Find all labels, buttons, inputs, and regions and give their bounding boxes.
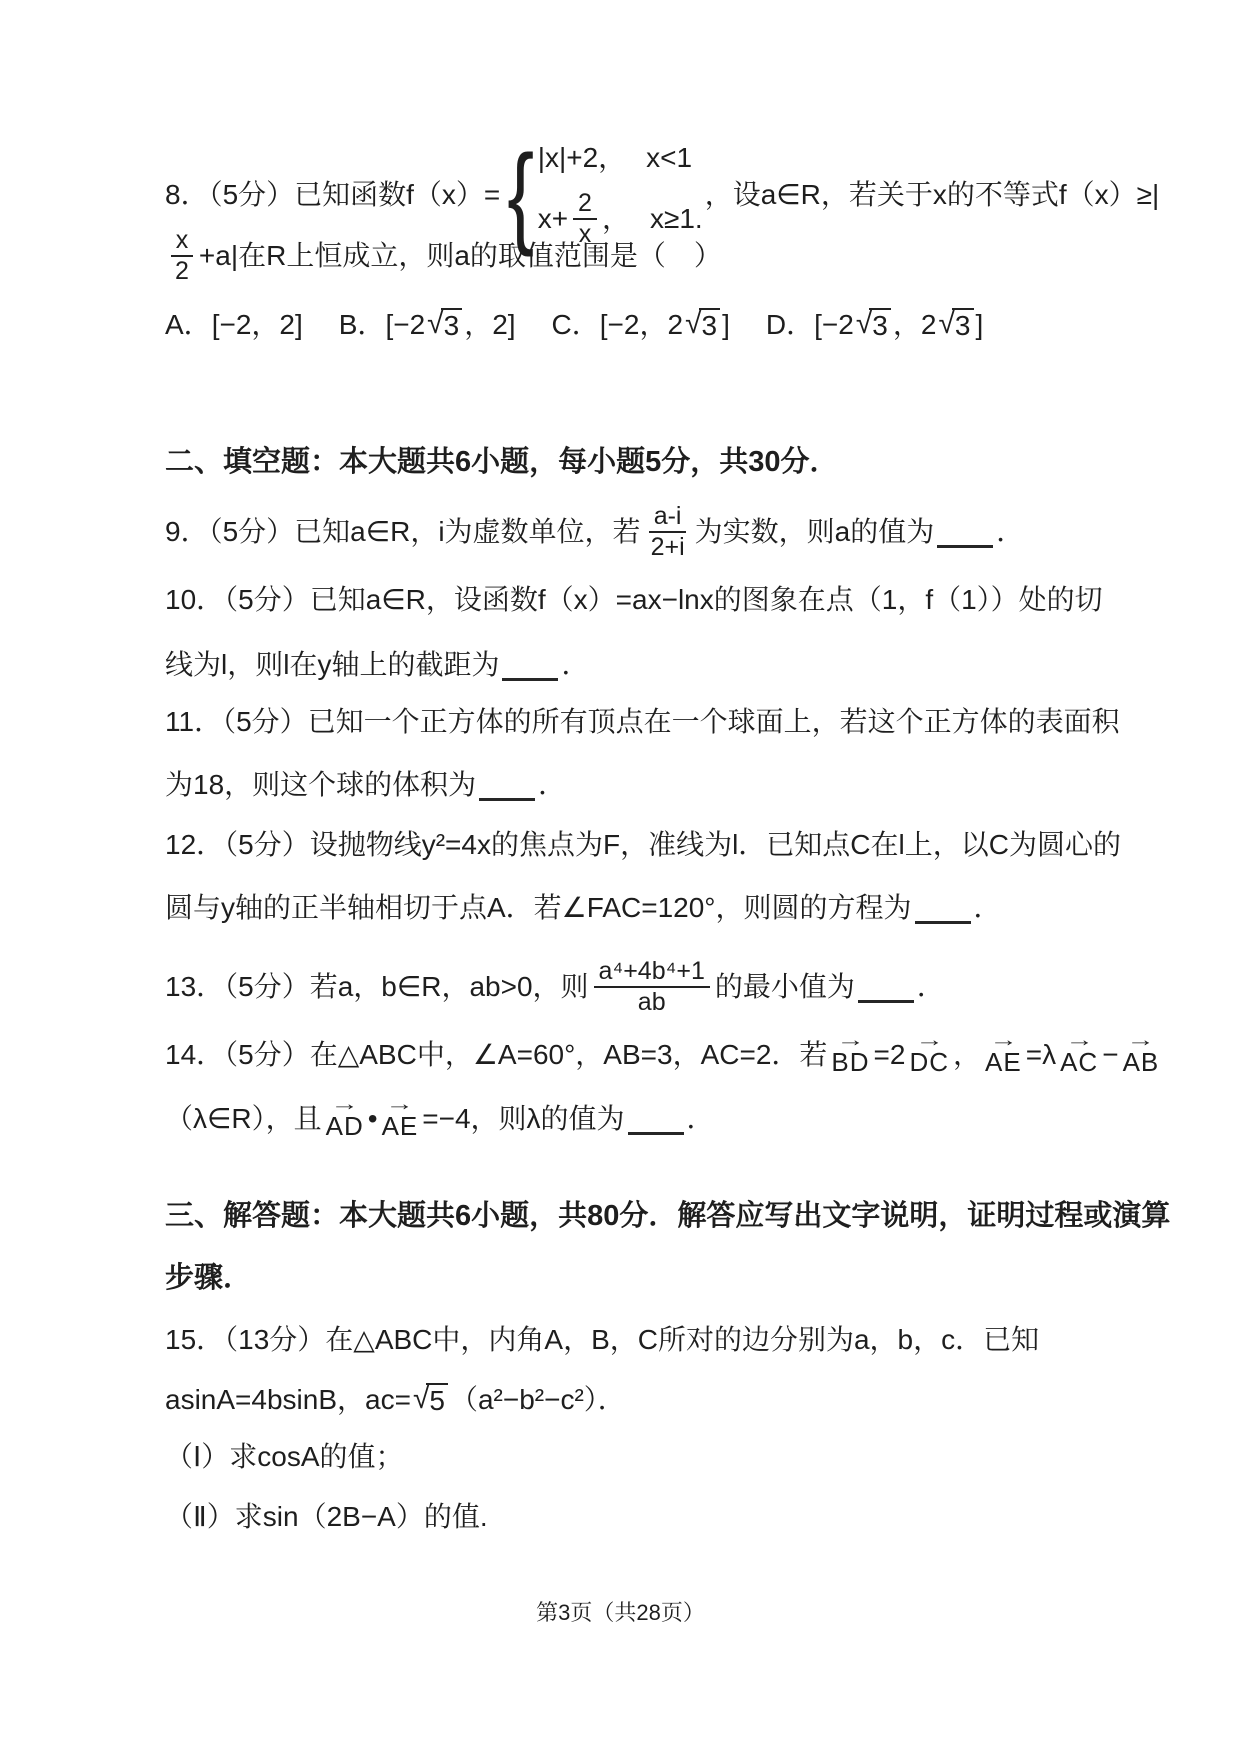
- question-text: =λ: [1026, 1038, 1056, 1072]
- option-label: D．: [766, 308, 814, 342]
- fraction: x 2: [170, 226, 194, 286]
- question-text: 9．（5分）已知a∈R，i为虚数单位，若: [165, 515, 641, 549]
- question-12-line-2: 圆与y轴的正半轴相切于点A．若∠FAC=120°，则圆的方程为 ．: [165, 888, 1002, 928]
- question-13: 13．（5分）若a，b∈R，ab>0，则 a⁴+4b⁴+1 ab 的最小值为 ．: [165, 945, 945, 1029]
- sqrt-expression: √ 3: [938, 308, 973, 342]
- question-14-line-2: （λ∈R），且 → AD • → AE =−4，则λ的值为 ．: [165, 1094, 715, 1144]
- radicand: 3: [699, 308, 721, 342]
- option-label: A．: [165, 308, 212, 342]
- question-text: asinA=4bsinB，ac=: [165, 1383, 411, 1417]
- fraction-denominator: ab: [633, 988, 671, 1017]
- vector-name: AC: [1060, 1049, 1098, 1076]
- section-3-header-line-2: 步骤．: [165, 1258, 252, 1298]
- answer-blank: [937, 545, 993, 548]
- answer-blank: [502, 678, 558, 681]
- option-text: [−2，2: [600, 308, 683, 342]
- option-text: ]: [722, 308, 730, 342]
- fraction-numerator: 2: [573, 189, 597, 220]
- option-text: [−2: [814, 308, 854, 342]
- question-text: ．: [996, 515, 1024, 549]
- vector-name: AB: [1123, 1049, 1160, 1076]
- vector-name: AE: [382, 1113, 419, 1140]
- question-text: −: [1102, 1038, 1118, 1072]
- question-text: 为实数，则a的值为: [695, 515, 935, 549]
- question-text: ．: [687, 1102, 715, 1136]
- question-text: 的最小值为: [715, 970, 855, 1004]
- case-expression: |x|+2，: [538, 141, 626, 175]
- fraction-numerator: a⁴+4b⁴+1: [594, 957, 710, 988]
- vector-arrow-icon: →: [1065, 1034, 1094, 1049]
- page-number-label: 第3页（共28页）: [536, 1600, 705, 1625]
- vector: → DC: [909, 1034, 949, 1076]
- sqrt-expression: √ 3: [856, 308, 891, 342]
- question-text: 线为l，则l在y轴上的截距为: [165, 648, 499, 682]
- option-text: ，2: [893, 308, 937, 342]
- question-text: 15．（13分）在△ABC中，内角A，B，C所对的边分别为a，b，c．已知: [165, 1323, 1039, 1357]
- option-b: B． [−2 √ 3 ，2]: [339, 308, 516, 342]
- question-10-line-2: 线为l，则l在y轴上的截距为 ．: [165, 645, 589, 685]
- radicand: 5: [426, 1383, 448, 1417]
- vector-name: AE: [985, 1049, 1022, 1076]
- answer-blank: [628, 1132, 684, 1135]
- option-label: B．: [339, 308, 386, 342]
- vector: → AD: [326, 1098, 364, 1140]
- piecewise-case-1: |x|+2， x<1: [538, 141, 703, 175]
- section-title: 三、解答题：本大题共6小题，共80分．解答应写出文字说明，证明过程或演算: [165, 1199, 1170, 1234]
- question-text: 8．（5分）已知函数f（x）=: [165, 178, 500, 212]
- question-text: =−4，则λ的值为: [422, 1102, 624, 1136]
- question-14-line-1: 14．（5分）在△ABC中，∠A=60°，AB=3，AC=2．若 → BD =2…: [165, 1030, 1163, 1080]
- section-3-header-line-1: 三、解答题：本大题共6小题，共80分．解答应写出文字说明，证明过程或演算: [165, 1196, 1170, 1236]
- option-label: C．: [552, 308, 600, 342]
- question-15-line-2: asinA=4bsinB，ac= √ 5 （a²−b²−c²）．: [165, 1376, 626, 1424]
- answer-blank: [915, 921, 971, 924]
- question-text: ．: [561, 648, 589, 682]
- vector-arrow-icon: →: [836, 1034, 865, 1049]
- vector-arrow-icon: →: [386, 1098, 415, 1113]
- question-text: 为18，则这个球的体积为: [165, 768, 476, 802]
- vector: → AB: [1123, 1034, 1160, 1076]
- vector-arrow-icon: →: [989, 1034, 1018, 1049]
- vector-name: AD: [326, 1113, 364, 1140]
- question-8-options: A． [−2，2] B． [−2 √ 3 ，2] C． [−2，2 √ 3 ] …: [165, 303, 1019, 347]
- question-text: ．: [917, 970, 945, 1004]
- question-text: ，设a∈R，若关于x的不等式f（x）≥|: [705, 178, 1160, 212]
- question-15-part-1: （Ⅰ）求cosA的值；: [165, 1437, 404, 1477]
- vector-name: BD: [831, 1049, 869, 1076]
- question-text: （a²−b²−c²）．: [450, 1383, 626, 1417]
- question-text: ．: [538, 768, 566, 802]
- question-15-line-1: 15．（13分）在△ABC中，内角A，B，C所对的边分别为a，b，c．已知: [165, 1320, 1039, 1360]
- page-footer: 第3页（共28页）: [0, 1596, 1241, 1627]
- vector-arrow-icon: →: [1127, 1034, 1156, 1049]
- answer-blank: [858, 1000, 914, 1003]
- question-9: 9．（5分）已知a∈R，i为虚数单位，若 a-i 2+i 为实数，则a的值为 ．: [165, 496, 1024, 568]
- sqrt-expression: √ 3: [427, 308, 462, 342]
- question-text: （Ⅱ）求sin（2B−A）的值.: [165, 1500, 488, 1534]
- vector-arrow-icon: →: [330, 1098, 359, 1113]
- option-text: ，2]: [464, 308, 515, 342]
- answer-blank: [479, 798, 535, 801]
- question-text: （λ∈R），且: [165, 1102, 322, 1136]
- vector: → AE: [382, 1098, 419, 1140]
- radicand: 3: [441, 308, 463, 342]
- exam-document-page: 8．（5分）已知函数f（x）= { |x|+2， x<1 x+ 2 x ， x≥…: [0, 0, 1241, 1754]
- question-text: +a|在R上恒成立，则a的取值范围是（ ）: [199, 239, 722, 273]
- fraction-denominator: 2: [170, 257, 194, 286]
- vector-arrow-icon: →: [915, 1034, 944, 1049]
- fraction: a-i 2+i: [646, 502, 690, 562]
- option-text: [−2，2]: [212, 308, 303, 342]
- vector: → BD: [831, 1034, 869, 1076]
- question-text: 圆与y轴的正半轴相切于点A．若∠FAC=120°，则圆的方程为: [165, 891, 912, 925]
- vector-name: DC: [909, 1049, 949, 1076]
- section-title: 步骤．: [165, 1261, 252, 1296]
- question-8-line-2: x 2 +a|在R上恒成立，则a的取值范围是（ ）: [165, 224, 722, 288]
- question-text: 14．（5分）在△ABC中，∠A=60°，AB=3，AC=2．若: [165, 1038, 827, 1072]
- fraction: a⁴+4b⁴+1 ab: [594, 957, 710, 1017]
- dot-product-symbol: •: [368, 1102, 378, 1136]
- fraction-numerator: a-i: [649, 502, 687, 533]
- question-text: （Ⅰ）求cosA的值；: [165, 1440, 404, 1474]
- vector: → AE: [985, 1034, 1022, 1076]
- option-text: [−2: [385, 308, 425, 342]
- question-11-line-2: 为18，则这个球的体积为 ．: [165, 765, 566, 805]
- question-text: ，: [953, 1038, 981, 1072]
- option-d: D． [−2 √ 3 ，2 √ 3 ]: [766, 308, 983, 342]
- question-10-line-1: 10．（5分）已知a∈R，设函数f（x）=ax−lnx的图象在点（1，f（1））…: [165, 580, 1103, 620]
- radicand: 3: [869, 308, 891, 342]
- vector: → AC: [1060, 1034, 1098, 1076]
- question-11-line-1: 11．（5分）已知一个正方体的所有顶点在一个球面上，若这个正方体的表面积: [165, 702, 1120, 742]
- case-condition: x<1: [646, 141, 692, 175]
- question-text: =2: [874, 1038, 906, 1072]
- question-text: 10．（5分）已知a∈R，设函数f（x）=ax−lnx的图象在点（1，f（1））…: [165, 583, 1103, 617]
- option-c: C． [−2，2 √ 3 ]: [552, 308, 730, 342]
- option-a: A． [−2，2]: [165, 308, 303, 342]
- section-title: 二、填空题：本大题共6小题，每小题5分，共30分．: [165, 445, 839, 480]
- section-2-header: 二、填空题：本大题共6小题，每小题5分，共30分．: [165, 440, 839, 484]
- sqrt-expression: √ 3: [685, 308, 720, 342]
- fraction-denominator: 2+i: [646, 533, 690, 562]
- radicand: 3: [952, 308, 974, 342]
- question-text: ．: [974, 891, 1002, 925]
- question-12-line-1: 12．（5分）设抛物线y²=4x的焦点为F，准线为l．已知点C在l上，以C为圆心…: [165, 825, 1121, 865]
- question-text: 11．（5分）已知一个正方体的所有顶点在一个球面上，若这个正方体的表面积: [165, 705, 1120, 739]
- question-text: 12．（5分）设抛物线y²=4x的焦点为F，准线为l．已知点C在l上，以C为圆心…: [165, 828, 1121, 862]
- question-15-part-2: （Ⅱ）求sin（2B−A）的值.: [165, 1497, 488, 1537]
- fraction-numerator: x: [171, 226, 194, 257]
- sqrt-expression: √ 5: [413, 1383, 448, 1417]
- option-text: ]: [976, 308, 984, 342]
- question-text: 13．（5分）若a，b∈R，ab>0，则: [165, 970, 589, 1004]
